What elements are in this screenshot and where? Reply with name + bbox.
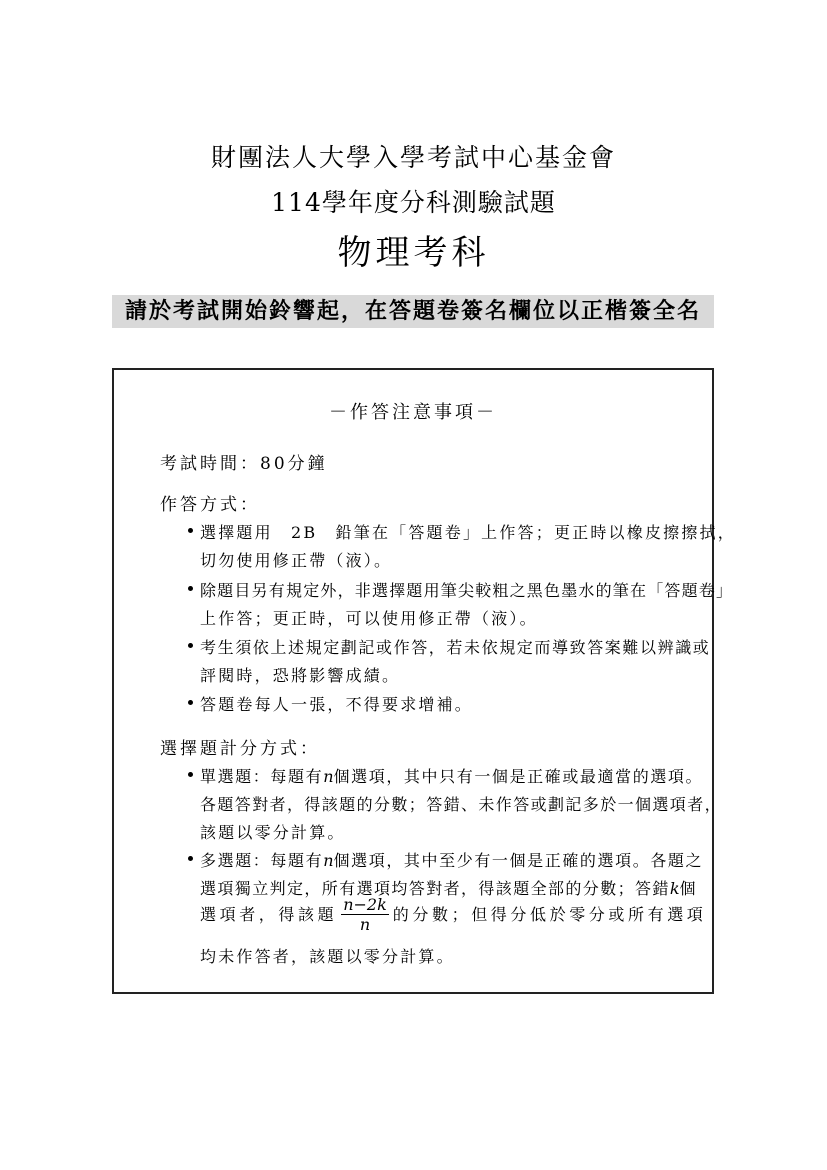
bullet-icon	[188, 856, 193, 861]
answer-method-item-1-cont: 切勿使用修正帶（液）。	[200, 548, 392, 571]
fraction-formula: n−2kn	[341, 896, 389, 935]
bullet-icon	[188, 586, 193, 591]
sign-name-notice: 請於考試開始鈴響起，在答題卷簽名欄位以正楷簽全名	[112, 295, 714, 328]
answer-method-heading: 作答方式：	[160, 490, 260, 515]
bullet-icon	[188, 772, 193, 777]
scoring-heading: 選擇題計分方式：	[160, 734, 320, 759]
organization-title: 財團法人大學入學考試中心基金會	[0, 138, 827, 174]
exam-title: 114學年度分科測驗試題	[0, 183, 827, 219]
scoring-multi-line-4: 均未作答者，該題以零分計算。	[200, 944, 455, 967]
scoring-single-line-2: 各題答對者，得該題的分數；答錯、未作答或劃記多於一個選項者，	[200, 792, 722, 815]
answer-method-item-2-cont: 上作答；更正時，可以使用修正帶（液）。	[200, 606, 538, 629]
answer-method-item-1: 選擇題用 2B 鉛筆在「答題卷」上作答；更正時以橡皮擦擦拭，	[200, 520, 736, 543]
subject-title: 物理考科	[0, 225, 827, 274]
scoring-single-line-1: 單選題：每題有n個選項，其中只有一個是正確或最適當的選項。	[200, 764, 703, 787]
answer-method-item-2: 除題目另有規定外，非選擇題用筆尖較粗之黑色墨水的筆在「答題卷」	[200, 578, 733, 601]
bullet-icon	[188, 643, 193, 648]
answer-method-item-3: 考生須依上述規定劃記或作答，若未依規定而導致答案難以辨識或	[200, 635, 710, 658]
scoring-multi-line-3: 選項者，得該題n−2kn的分數；但得分低於零分或所有選項	[200, 896, 706, 935]
bullet-icon	[188, 700, 193, 705]
answer-method-item-3-cont: 評閱時，恐將影響成績。	[200, 663, 400, 686]
answer-method-item-4: 答題卷每人一張，不得要求增補。	[200, 692, 473, 715]
scoring-single-line-3: 該題以零分計算。	[200, 820, 346, 843]
exam-time: 考試時間：80分鐘	[160, 449, 328, 474]
instructions-title: －作答注意事項－	[112, 398, 714, 424]
bullet-icon	[188, 528, 193, 533]
scoring-multi-line-1: 多選題：每題有n個選項，其中至少有一個是正確的選項。各題之	[200, 848, 703, 871]
